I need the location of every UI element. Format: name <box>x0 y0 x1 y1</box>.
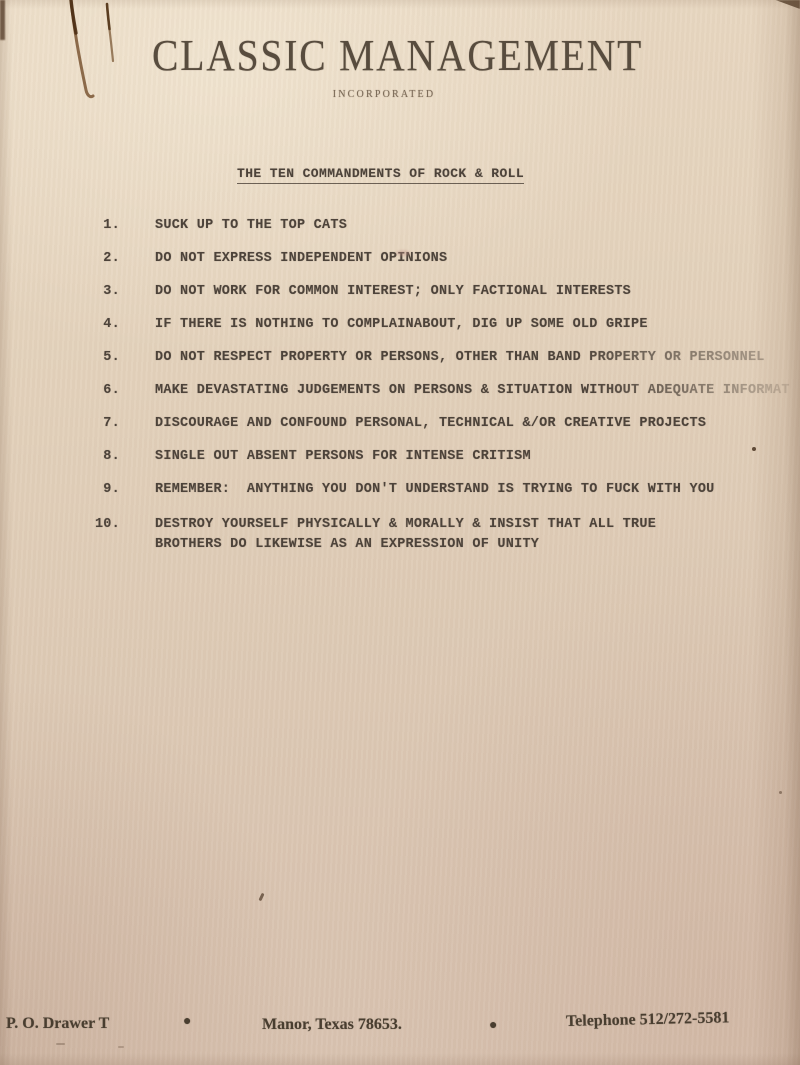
company-subtitle: INCORPORATED <box>333 89 436 100</box>
commandment-text: DO NOT RESPECT PROPERTY OR PERSONS, OTHE… <box>155 350 765 365</box>
commandment-number: 4. <box>93 317 120 332</box>
paper-speck <box>258 893 264 902</box>
commandment-number: 7. <box>93 416 120 431</box>
letterhead-page: CLASSIC MANAGEMENT INCORPORATED THE TEN … <box>0 0 800 1065</box>
commandment-number: 3. <box>93 284 120 299</box>
commandment-row-5: 5. DO NOT RESPECT PROPERTY OR PERSONS, O… <box>0 350 800 365</box>
commandment-row-1: 1. SUCK UP TO THE TOP CATS <box>0 218 800 233</box>
commandment-row-7: 7. DISCOURAGE AND CONFOUND PERSONAL, TEC… <box>0 416 800 431</box>
paper-speck <box>779 791 782 794</box>
commandment-text: SUCK UP TO THE TOP CATS <box>155 218 347 233</box>
commandment-row-10: 10. DESTROY YOURSELF PHYSICALLY & MORALL… <box>0 515 800 555</box>
commandment-row-4: 4. IF THERE IS NOTHING TO COMPLAINABOUT,… <box>0 317 800 332</box>
commandment-row-9: 9. REMEMBER: ANYTHING YOU DON'T UNDERSTA… <box>0 482 800 497</box>
commandment-text: REMEMBER: ANYTHING YOU DON'T UNDERSTAND … <box>155 482 715 497</box>
commandment-number: 2. <box>93 251 120 266</box>
commandment-number: 10. <box>93 515 120 535</box>
page-edge-shadow <box>0 0 5 40</box>
commandment-text: IF THERE IS NOTHING TO COMPLAINABOUT, DI… <box>155 317 648 332</box>
commandment-number: 1. <box>93 218 120 233</box>
corner-shadow <box>774 0 800 9</box>
paper-smudge <box>396 250 410 256</box>
commandment-number: 8. <box>93 449 120 464</box>
footer-po-box: P. O. Drawer T <box>6 1015 109 1033</box>
commandment-number: 9. <box>93 482 120 497</box>
commandment-text: MAKE DEVASTATING JUDGEMENTS ON PERSONS &… <box>155 383 790 398</box>
commandment-number: 5. <box>93 350 120 365</box>
commandment-text: DESTROY YOURSELF PHYSICALLY & MORALLY & … <box>155 515 656 555</box>
paper-speck <box>752 447 756 451</box>
commandment-row-6: 6. MAKE DEVASTATING JUDGEMENTS ON PERSON… <box>0 383 800 398</box>
pen-mark-icon <box>62 0 122 110</box>
commandment-text: SINGLE OUT ABSENT PERSONS FOR INTENSE CR… <box>155 449 531 464</box>
paper-speck <box>56 1043 65 1045</box>
commandment-row-8: 8. SINGLE OUT ABSENT PERSONS FOR INTENSE… <box>0 449 800 464</box>
document-title: THE TEN COMMANDMENTS OF ROCK & ROLL <box>237 166 524 184</box>
company-name: CLASSIC MANAGEMENT <box>152 34 643 78</box>
paper-speck <box>118 1046 124 1048</box>
commandment-text: DISCOURAGE AND CONFOUND PERSONAL, TECHNI… <box>155 416 706 431</box>
footer-city: Manor, Texas 78653. <box>262 1016 402 1034</box>
commandments-list: 1. SUCK UP TO THE TOP CATS 2. DO NOT EXP… <box>0 218 800 573</box>
footer-bullet-icon: ● <box>489 1018 497 1034</box>
footer-phone: Telephone 512/272-5581 <box>566 1009 730 1031</box>
commandment-row-3: 3. DO NOT WORK FOR COMMON INTEREST; ONLY… <box>0 284 800 299</box>
footer-bullet-icon: ● <box>183 1014 191 1030</box>
commandment-text: DO NOT WORK FOR COMMON INTEREST; ONLY FA… <box>155 284 631 299</box>
commandment-number: 6. <box>93 383 120 398</box>
